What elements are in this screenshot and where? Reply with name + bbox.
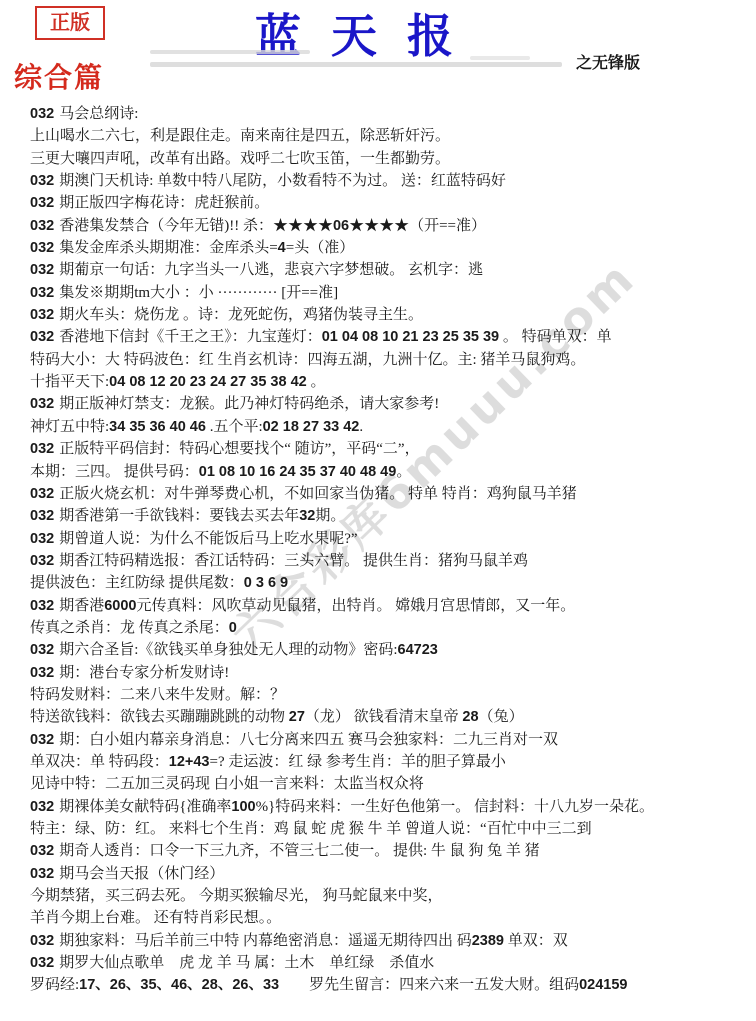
report-line: 特码大小：大 特码波色：红 生肖玄机诗：四海五湖，九洲十亿。主: 猪羊马鼠狗鸡。 bbox=[30, 349, 750, 371]
report-line: 032期香港第一手欲钱料：要钱去买去年32期。 bbox=[30, 505, 750, 527]
report-page: 正版 蓝天报 之无锋版 综合篇 六合彩库6muuu.com 032马会总纲诗: … bbox=[0, 0, 756, 1021]
line-text: 期葡京一句话：九字当头一八逃，悲哀六字梦想破。 玄机字：逃 bbox=[59, 262, 483, 278]
line-text: 罗码经:17、26、35、46、28、26、33 罗先生留言：四来六来一五发大财… bbox=[30, 977, 627, 993]
report-line: 罗码经:17、26、35、46、28、26、33 罗先生留言：四来六来一五发大财… bbox=[30, 974, 750, 996]
issue-number: 032 bbox=[30, 262, 54, 278]
line-text: 马会总纲诗: bbox=[59, 106, 138, 122]
line-text: 正版特平码信封：特码心想要找个“ 随访”，平码“二”， bbox=[59, 441, 419, 457]
report-line: 032香港集发禁合（今年无错)!! 杀：★★★★06★★★★（开==准） bbox=[30, 215, 750, 237]
issue-number: 032 bbox=[30, 218, 54, 234]
line-text: 单双决：单 特码段：12+43=? 走运波：红 绿 参考生肖：羊的胆子算最小 bbox=[30, 754, 506, 770]
report-line: 032马会总纲诗: bbox=[30, 103, 750, 125]
issue-number: 032 bbox=[30, 598, 54, 614]
issue-number: 032 bbox=[30, 531, 54, 547]
line-text: 集发※期期tm大小 ：小 ············ [开==准] bbox=[59, 285, 338, 301]
report-line: 羊肖今期上台难。 还有特肖彩民想。。 bbox=[30, 907, 750, 929]
line-text: 羊肖今期上台难。 还有特肖彩民想。。 bbox=[30, 910, 281, 926]
line-text: 期：港台专家分析发财诗! bbox=[59, 665, 229, 681]
issue-number: 032 bbox=[30, 933, 54, 949]
line-text: 集发金库杀头期期准：金库杀头=4=头（准） bbox=[59, 240, 354, 256]
report-line: 032正版特平码信封：特码心想要找个“ 随访”，平码“二”， bbox=[30, 438, 750, 460]
report-line: 本期：三四。 提供号码：01 08 10 16 24 35 37 40 48 4… bbox=[30, 461, 750, 483]
line-text: 期火车头：烧伤龙 。诗：龙死蛇伤，鸡猪伪装寻主生。 bbox=[59, 307, 423, 323]
report-line: 032期香江特码精选报：香江话特码：三头六臂。 提供生肖：猪狗马鼠羊鸡 bbox=[30, 550, 750, 572]
line-text: 期香港第一手欲钱料：要钱去买去年32期。 bbox=[59, 508, 345, 524]
line-text: 香港地下信封《千王之王》：九宝莲灯：01 04 08 10 21 23 25 3… bbox=[59, 329, 611, 345]
report-line: 单双决：单 特码段：12+43=? 走运波：红 绿 参考生肖：羊的胆子算最小 bbox=[30, 751, 750, 773]
issue-number: 032 bbox=[30, 732, 54, 748]
report-line: 032期裸体美女献特码{准确率100%}特码来料：一生好色他第一。 信封料：十八… bbox=[30, 796, 750, 818]
line-text: 见诗中特：二五加三灵码现 白小姐一言来料：太监当权众将 bbox=[30, 776, 424, 792]
line-text: 期正版神灯禁支：龙猴。此乃神灯特码绝杀，请大家参考! bbox=[59, 396, 439, 412]
report-line: 032期罗大仙点歌单 虎 龙 羊 马 属：土木 单红绿 杀值水 bbox=[30, 952, 750, 974]
line-text: 正版火烧玄机：对牛弹琴费心机，不如回家当伪猪。 特单 特肖：鸡狗鼠马羊猪 bbox=[59, 486, 577, 502]
line-text: 期马会当天报（休门经） bbox=[59, 866, 224, 882]
edition-label: 之无锋版 bbox=[576, 50, 640, 73]
issue-number: 032 bbox=[30, 195, 54, 211]
report-line: 032期马会当天报（休门经） bbox=[30, 863, 750, 885]
issue-number: 032 bbox=[30, 285, 54, 301]
report-line: 032期：白小姐内幕亲身消息：八七分离来四五 赛马会独家料：二九三肖对一双 bbox=[30, 729, 750, 751]
report-line: 032香港地下信封《千王之王》：九宝莲灯：01 04 08 10 21 23 2… bbox=[30, 326, 750, 348]
report-line: 032正版火烧玄机：对牛弹琴费心机，不如回家当伪猪。 特单 特肖：鸡狗鼠马羊猪 bbox=[30, 483, 750, 505]
scan-artifact-streak bbox=[470, 56, 530, 60]
line-text: 上山喝水二六七，利是跟住走。南来南往是四五，除恶斩奸污。 bbox=[30, 128, 450, 144]
line-text: 三更大嚷四声吼，改革有出路。戏呼二七吹玉笛，一生都勤劳。 bbox=[30, 151, 450, 167]
line-text: 神灯五中特:34 35 36 40 46 .五个平:02 18 27 33 42… bbox=[30, 419, 363, 435]
line-text: 提供波色：主红防绿 提供尾数：0 3 6 9 bbox=[30, 575, 288, 591]
line-text: 期独家料：马后羊前三中特 内幕绝密消息：遥遥无期待四出 码2389 单双：双 bbox=[59, 933, 568, 949]
issue-number: 032 bbox=[30, 955, 54, 971]
report-line: 032期正版神灯禁支：龙猴。此乃神灯特码绝杀，请大家参考! bbox=[30, 393, 750, 415]
report-line: 特码发财料：二来八来牛发财。解：？ bbox=[30, 684, 750, 706]
issue-number: 032 bbox=[30, 329, 54, 345]
report-line: 特送欲钱料：欲钱去买蹦蹦跳跳的动物 27（龙） 欲钱看清末皇帝 28（兔） bbox=[30, 706, 750, 728]
report-line: 032期火车头：烧伤龙 。诗：龙死蛇伤，鸡猪伪装寻主生。 bbox=[30, 304, 750, 326]
issue-number: 032 bbox=[30, 240, 54, 256]
report-line: 032期葡京一句话：九字当头一八逃，悲哀六字梦想破。 玄机字：逃 bbox=[30, 259, 750, 281]
issue-number: 032 bbox=[30, 665, 54, 681]
report-line: 032期独家料：马后羊前三中特 内幕绝密消息：遥遥无期待四出 码2389 单双：… bbox=[30, 930, 750, 952]
report-line: 今期禁猪，买三码去死。 今期买猴输尽光， 狗马蛇鼠来中奖， bbox=[30, 885, 750, 907]
issue-number: 032 bbox=[30, 642, 54, 658]
line-text: 期正版四字梅花诗：虎赶猴前。 bbox=[59, 195, 269, 211]
line-text: 特码发财料：二来八来牛发财。解：？ bbox=[30, 687, 285, 703]
issue-number: 032 bbox=[30, 486, 54, 502]
report-line: 特主：绿、防：红。 来料七个生肖：鸡 鼠 蛇 虎 猴 牛 羊 曾道人说：“百忙中… bbox=[30, 818, 750, 840]
report-line: 十指平天下:04 08 12 20 23 24 27 35 38 42 。 bbox=[30, 371, 750, 393]
line-text: 期裸体美女献特码{准确率100%}特码来料：一生好色他第一。 信封料：十八九岁一… bbox=[59, 799, 654, 815]
report-body: 032马会总纲诗: 上山喝水二六七，利是跟住走。南来南往是四五，除恶斩奸污。 三… bbox=[30, 103, 750, 997]
issue-number: 032 bbox=[30, 396, 54, 412]
report-line: 提供波色：主红防绿 提供尾数：0 3 6 9 bbox=[30, 572, 750, 594]
report-line: 032期澳门天机诗: 单数中特八尾防，小数看特不为过。 送：红蓝特码好 bbox=[30, 170, 750, 192]
report-line: 传真之杀肖：龙 传真之杀尾：0 bbox=[30, 617, 750, 639]
issue-number: 032 bbox=[30, 553, 54, 569]
issue-number: 032 bbox=[30, 106, 54, 122]
section-heading: 综合篇 bbox=[14, 56, 104, 96]
line-text: 期奇人透肖：口令一下三九齐，不管三七二使一。 提供: 牛 鼠 狗 兔 羊 猪 bbox=[59, 843, 539, 859]
line-text: 期香港6000元传真料：风吹草动见鼠猪，出特肖。 嫦娥月宫思情郎，又一年。 bbox=[59, 598, 575, 614]
line-text: 香港集发禁合（今年无错)!! 杀：★★★★06★★★★（开==准） bbox=[59, 218, 486, 234]
line-text: 期曾道人说：为什么不能饭后马上吃水果呢?” bbox=[59, 531, 357, 547]
line-text: 期：白小姐内幕亲身消息：八七分离来四五 赛马会独家料：二九三肖对一双 bbox=[59, 732, 558, 748]
line-text: 期罗大仙点歌单 虎 龙 羊 马 属：土木 单红绿 杀值水 bbox=[59, 955, 434, 971]
report-line: 032期六合圣旨:《欲钱买单身独处无人理的动物》密码:64723 bbox=[30, 639, 750, 661]
issue-number: 032 bbox=[30, 173, 54, 189]
line-text: 特主：绿、防：红。 来料七个生肖：鸡 鼠 蛇 虎 猴 牛 羊 曾道人说：“百忙中… bbox=[30, 821, 592, 837]
line-text: 传真之杀肖：龙 传真之杀尾：0 bbox=[30, 620, 237, 636]
report-line: 032期：港台专家分析发财诗! bbox=[30, 662, 750, 684]
report-line: 上山喝水二六七，利是跟住走。南来南往是四五，除恶斩奸污。 bbox=[30, 125, 750, 147]
report-line: 神灯五中特:34 35 36 40 46 .五个平:02 18 27 33 42… bbox=[30, 416, 750, 438]
issue-number: 032 bbox=[30, 799, 54, 815]
line-text: 特码大小：大 特码波色：红 生肖玄机诗：四海五湖，九洲十亿。主: 猪羊马鼠狗鸡。 bbox=[30, 352, 585, 368]
issue-number: 032 bbox=[30, 866, 54, 882]
report-line: 032期奇人透肖：口令一下三九齐，不管三七二使一。 提供: 牛 鼠 狗 兔 羊 … bbox=[30, 840, 750, 862]
line-text: 期澳门天机诗: 单数中特八尾防，小数看特不为过。 送：红蓝特码好 bbox=[59, 173, 506, 189]
report-line: 032集发金库杀头期期准：金库杀头=4=头（准） bbox=[30, 237, 750, 259]
scan-artifact-streak bbox=[150, 50, 310, 54]
line-text: 本期：三四。 提供号码：01 08 10 16 24 35 37 40 48 4… bbox=[30, 464, 411, 480]
line-text: 期六合圣旨:《欲钱买单身独处无人理的动物》密码:64723 bbox=[59, 642, 438, 658]
line-text: 特送欲钱料：欲钱去买蹦蹦跳跳的动物 27（龙） 欲钱看清末皇帝 28（兔） bbox=[30, 709, 524, 725]
line-text: 期香江特码精选报：香江话特码：三头六臂。 提供生肖：猪狗马鼠羊鸡 bbox=[59, 553, 528, 569]
issue-number: 032 bbox=[30, 843, 54, 859]
line-text: 十指平天下:04 08 12 20 23 24 27 35 38 42 。 bbox=[30, 374, 325, 390]
line-text: 今期禁猪，买三码去死。 今期买猴输尽光， 狗马蛇鼠来中奖， bbox=[30, 888, 443, 904]
issue-number: 032 bbox=[30, 441, 54, 457]
issue-number: 032 bbox=[30, 508, 54, 524]
scan-artifact-streak bbox=[150, 62, 562, 67]
report-line: 032集发※期期tm大小 ：小 ············ [开==准] bbox=[30, 282, 750, 304]
report-line: 三更大嚷四声吼，改革有出路。戏呼二七吹玉笛，一生都勤劳。 bbox=[30, 148, 750, 170]
issue-number: 032 bbox=[30, 307, 54, 323]
report-line: 032期曾道人说：为什么不能饭后马上吃水果呢?” bbox=[30, 528, 750, 550]
report-line: 032期香港6000元传真料：风吹草动见鼠猪，出特肖。 嫦娥月宫思情郎，又一年。 bbox=[30, 595, 750, 617]
report-line: 032期正版四字梅花诗：虎赶猴前。 bbox=[30, 192, 750, 214]
report-line: 见诗中特：二五加三灵码现 白小姐一言来料：太监当权众将 bbox=[30, 773, 750, 795]
